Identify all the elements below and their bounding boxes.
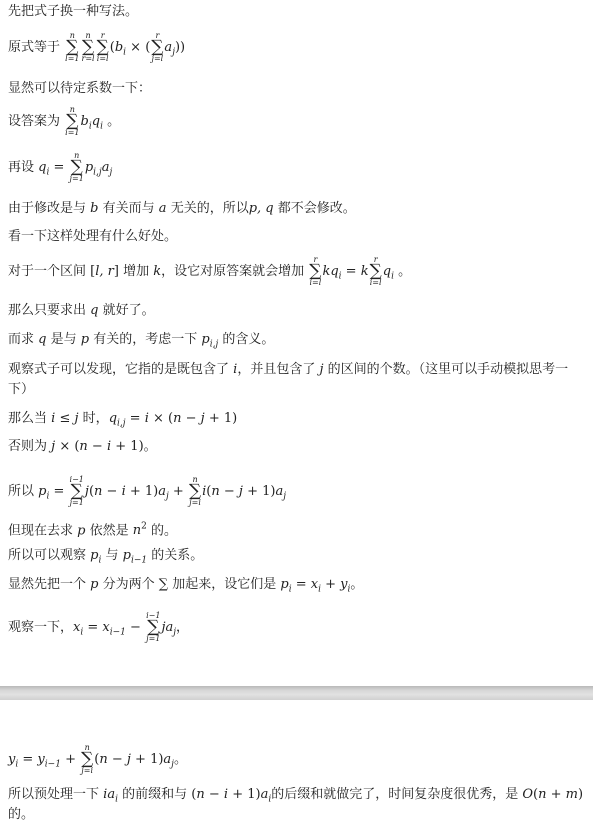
text-line-6: 由于修改是与 b 有关而与 a 无关的，所以p, q 都不会修改。 [8, 200, 356, 218]
text: 否则为 [8, 439, 47, 454]
text: 显然先把一个 [8, 577, 86, 592]
formula-line-answer: 设答案为 n∑i=1biqi 。 [8, 106, 120, 137]
text-line-11: 观察式子可以发现，它指的是既包含了 i，并且包含了 j 的区间的个数。（这里可以… [8, 361, 568, 379]
text: 。 [350, 577, 363, 592]
text: 由于修改是与 [8, 201, 86, 216]
text: 依然是 [90, 523, 129, 538]
sum-symbol: n∑r=l [82, 32, 95, 63]
text: 无关的，所以 [171, 201, 249, 216]
sum-symbol: n∑i=1 [65, 106, 79, 137]
text: 。 [174, 752, 187, 767]
sum-symbol: r∑i=l [309, 256, 321, 287]
text-line-10: 而求 q 是与 p 有关的，考虑一下 pi,j 的含义。 [8, 331, 274, 354]
text: 的关系。 [151, 548, 203, 563]
text-line-16: 所以可以观察 pi 与 pi−1 的关系。 [8, 547, 203, 570]
text: 那么只要求出 [8, 303, 86, 318]
text: ， [176, 620, 189, 635]
sum-symbol: n∑j=i [189, 476, 201, 507]
text: 但现在去求 [8, 523, 73, 538]
formula-line-interval: 对于一个区间 [l, r] 增加 k，设它对原答案就会增加 r∑i=lkqi =… [8, 256, 411, 287]
text: 加起来，设它们是 [172, 577, 276, 592]
text-line-1: 先把式子换一种写法。 [8, 3, 138, 21]
text: 增加 [123, 264, 149, 279]
formula-line-q: 再设 qi = n∑j=1pi,jaj [8, 152, 112, 183]
text-line-12: 那么当 i ≤ j 时，qi,j = i × (n − j + 1) [8, 410, 237, 433]
text: 对于一个区间 [8, 264, 86, 279]
text: 所以 [8, 484, 34, 499]
text: 。 [107, 114, 120, 129]
text-line-13: 否则为 j × (n − i + 1)。 [8, 438, 157, 456]
text: 而求 [8, 332, 34, 347]
sum-symbol: n∑j=i [81, 744, 93, 775]
text: 设答案为 [8, 114, 60, 129]
text-line-15: 但现在去求 p 依然是 n2 的。 [8, 518, 177, 540]
sum-symbol: n∑j=1 [70, 152, 84, 183]
text: ，设它对原答案就会增加 [161, 264, 304, 279]
text: 的含义。 [222, 332, 274, 347]
text: 分为两个 [103, 577, 155, 592]
sum-symbol: r∑i=l [97, 32, 109, 63]
text: 时， [83, 411, 109, 426]
formula-line-y: yi = yi−1 + n∑j=i(n − j + 1)aj。 [8, 744, 187, 775]
text: 是与 [51, 332, 77, 347]
sum-symbol: n∑l=1 [65, 32, 79, 63]
sum-symbol: i−1∑j=1 [70, 476, 84, 507]
text: 那么当 [8, 411, 47, 426]
sum-symbol: r∑j=l [151, 32, 163, 63]
text: 的前缀和与 [122, 787, 187, 802]
page-separator [0, 686, 593, 700]
formula-line-x: 观察一下，xi = xi−1 − i−1∑j=1jaj， [8, 612, 189, 643]
text: 所以预处理一下 [8, 787, 99, 802]
text: 显然可以待定系数一下： [8, 81, 151, 96]
text: 的。 [151, 523, 177, 538]
text: 所以可以观察 [8, 548, 86, 563]
text: 原式等于 [8, 40, 60, 55]
text-line-9: 那么只要求出 q 就好了。 [8, 302, 155, 320]
text: 。 [144, 439, 157, 454]
text: 观察式子可以发现，它指的是既包含了 [8, 362, 229, 377]
text-line-17: 显然先把一个 p 分为两个 ∑ 加起来，设它们是 pi = xi + yi。 [8, 576, 363, 599]
text: ，并且包含了 [237, 362, 315, 377]
sum-symbol: r∑i=l [370, 256, 382, 287]
text: 的后缀和就做完了，时间复杂度很优秀，是 [271, 787, 518, 802]
text-line-11-cont: 下） [8, 381, 34, 399]
text-line-7: 看一下这样处理有什么好处。 [8, 228, 177, 246]
text: 有关的，考虑一下 [93, 332, 197, 347]
text: 。 [398, 264, 411, 279]
formula-line-p: 所以 pi = i−1∑j=1j(n − i + 1)aj + n∑j=ii(n… [8, 476, 286, 507]
text: 就好了。 [103, 303, 155, 318]
text: 再设 [8, 160, 34, 175]
sum-symbol: ∑ [159, 577, 168, 592]
text: 下） [8, 382, 34, 397]
sum-symbol: i−1∑j=1 [146, 612, 160, 643]
text: 的区间的个数。（这里可以手动模拟思考一 [328, 362, 569, 377]
text-line-20: 所以预处理一下 iai 的前缀和与 (n − i + 1)ai的后缀和就做完了，… [8, 786, 583, 809]
text: 的。 [8, 807, 34, 822]
text: 都不会修改。 [278, 201, 356, 216]
text-line-3: 显然可以待定系数一下： [8, 80, 151, 98]
text: 看一下这样处理有什么好处。 [8, 229, 177, 244]
text: 与 [106, 548, 119, 563]
text: 先把式子换一种写法。 [8, 4, 138, 19]
text-line-20-cont: 的。 [8, 806, 34, 824]
text: 观察一下， [8, 620, 73, 635]
formula-line-original: 原式等于 n∑l=1n∑r=lr∑i=l(bi × (r∑j=laj)) [8, 32, 185, 63]
text: 有关而与 [103, 201, 155, 216]
